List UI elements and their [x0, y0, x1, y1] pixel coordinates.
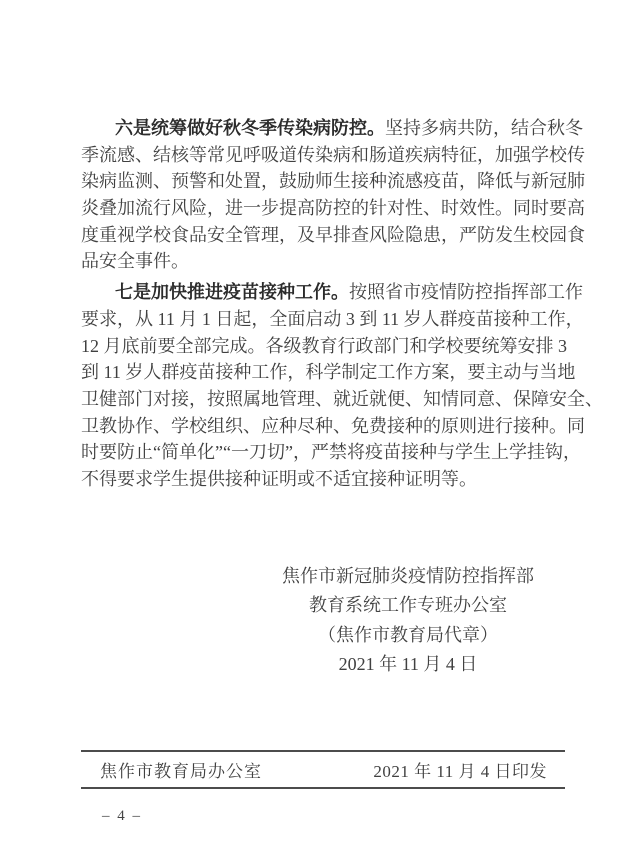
body-line: 卫健部门对接，按照属地管理、就近就便、知情同意、保障安全、 [81, 386, 567, 413]
signature-date: 2021 年 11 月 4 日 [249, 650, 567, 680]
body-text: 坚持多病共防，结合秋冬 [385, 118, 583, 138]
body-line: 染病监测、预警和处置，鼓励师生接种流感疫苗，降低与新冠肺 [81, 168, 567, 195]
footer-colophon: 焦作市教育局办公室 2021 年 11 月 4 日印发 [81, 750, 565, 789]
body-line: 到 11 岁人群疫苗接种工作，科学制定工作方案，要主动与当地 [81, 359, 567, 386]
body-line: 时要防止“简单化”“一刀切”，严禁将疫苗接种与学生上学挂钩， [81, 439, 567, 466]
body-line: 品安全事件。 [81, 248, 567, 275]
paragraph-six-heading: 六是统筹做好秋冬季传染病防控。 [115, 118, 385, 138]
body-text: 按照省市疫情防控指挥部工作 [349, 282, 583, 302]
body-line: 不得要求学生提供接种证明或不适宜接种证明等。 [81, 466, 567, 493]
body-line: 季流感、结核等常见呼吸道传染病和肠道疾病特征，加强学校传 [81, 142, 567, 169]
signature-org-line: 教育系统工作专班办公室 [249, 591, 567, 621]
body-line: 12 月底前要全部完成。各级教育行政部门和学校要统筹安排 3 [81, 333, 567, 360]
document-body: 六是统筹做好秋冬季传染病防控。坚持多病共防，结合秋冬 季流感、结核等常见呼吸道传… [81, 0, 567, 680]
body-line: 卫教协作、学校组织、应种尽种、免费接种的原则进行接种。同 [81, 413, 567, 440]
body-line: 炎叠加流行风险，进一步提高防控的针对性、时效性。同时要高 [81, 195, 567, 222]
footer-row: 焦作市教育局办公室 2021 年 11 月 4 日印发 [81, 752, 565, 787]
body-line: 六是统筹做好秋冬季传染病防控。坚持多病共防，结合秋冬 [81, 115, 567, 142]
document-page: 六是统筹做好秋冬季传染病防控。坚持多病共防，结合秋冬 季流感、结核等常见呼吸道传… [0, 0, 640, 866]
signature-block: 焦作市新冠肺炎疫情防控指挥部 教育系统工作专班办公室 （焦作市教育局代章） 20… [81, 562, 567, 680]
body-line: 七是加快推进疫苗接种工作。按照省市疫情防控指挥部工作 [81, 279, 567, 306]
body-line: 度重视学校食品安全管理，及早排查风险隐患，严防发生校园食 [81, 222, 567, 249]
body-line: 要求，从 11 月 1 日起，全面启动 3 到 11 岁人群疫苗接种工作， [81, 306, 567, 333]
page-number: – 4 – [102, 808, 142, 825]
footer-issuer: 焦作市教育局办公室 [100, 757, 262, 782]
footer-print-date: 2021 年 11 月 4 日印发 [373, 757, 547, 782]
paragraph-six: 六是统筹做好秋冬季传染病防控。坚持多病共防，结合秋冬 季流感、结核等常见呼吸道传… [81, 115, 567, 275]
signature-org-line: 焦作市新冠肺炎疫情防控指挥部 [249, 562, 567, 592]
paragraph-seven-heading: 七是加快推进疫苗接种工作。 [115, 282, 349, 302]
signature-seal-note: （焦作市教育局代章） [249, 621, 567, 651]
paragraph-seven: 七是加快推进疫苗接种工作。按照省市疫情防控指挥部工作 要求，从 11 月 1 日… [81, 279, 567, 493]
